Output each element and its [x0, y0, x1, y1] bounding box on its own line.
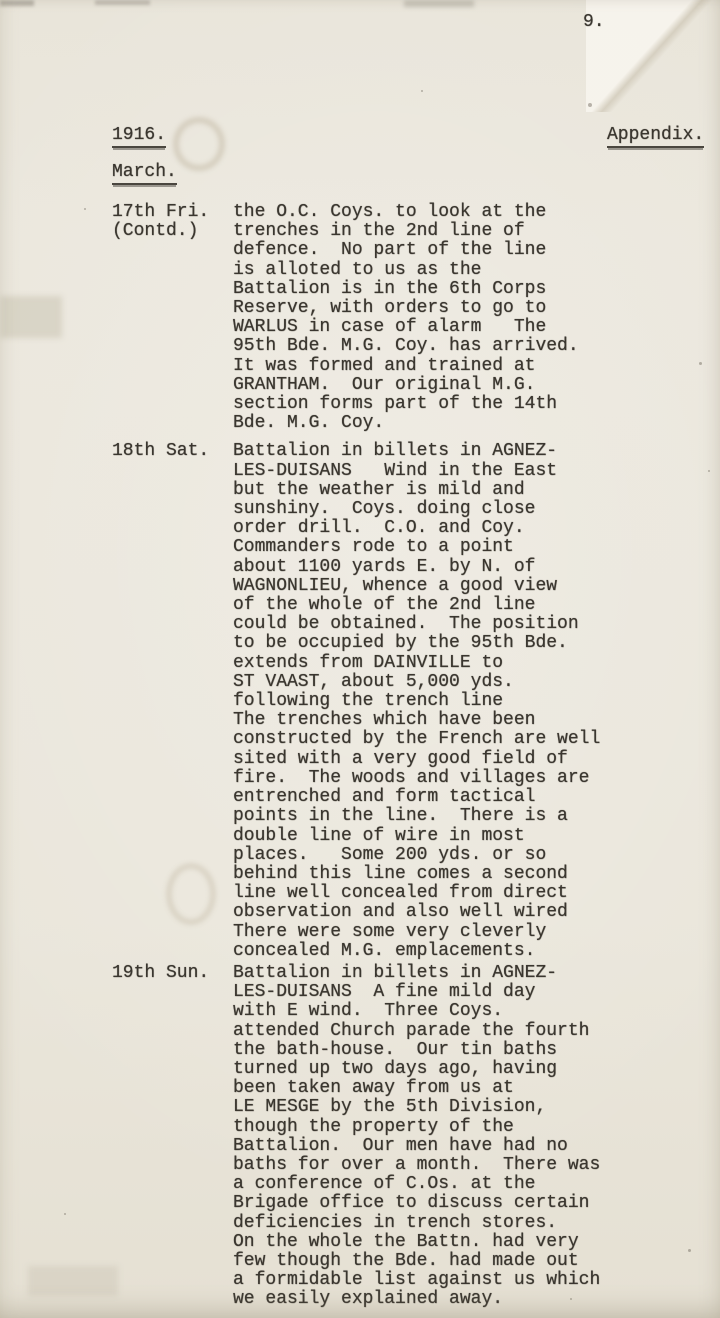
entry-date-line: 18th Sat.	[112, 442, 233, 461]
paper-speck	[688, 1249, 691, 1252]
ink-bleedthrough-mark	[173, 117, 225, 171]
entry-date: 18th Sat.	[112, 442, 233, 461]
appendix-label-text: Appendix.	[607, 126, 704, 148]
entries: 17th Fri.(Contd.) the O.C. Coys. to look…	[112, 203, 612, 1310]
diary-line: the O.C. Coys. to look at the	[233, 203, 612, 222]
entry-date: 17th Fri.(Contd.)	[112, 203, 233, 241]
diary-line: There were some very cleverly	[233, 923, 612, 942]
paper-speck	[84, 208, 86, 210]
appendix-label: Appendix.	[607, 126, 704, 148]
diary-line: few though the Bde. had made out	[233, 1252, 612, 1271]
diary-line: Reserve, with orders to go to	[233, 299, 612, 318]
diary-line: places. Some 200 yds. or so	[233, 846, 612, 865]
entry-body: Battalion in billets in AGNEZ-LES-DUISAN…	[233, 964, 612, 1310]
month-heading: March.	[112, 163, 177, 185]
page-number: 9.	[583, 13, 605, 32]
paper-smudge	[0, 0, 34, 6]
diary-line: trenches in the 2nd line of	[233, 222, 612, 241]
document-page: 9. 1916. Appendix. March. 17th Fri.(Cont…	[0, 0, 720, 1318]
diary-entry: 17th Fri.(Contd.) the O.C. Coys. to look…	[112, 203, 612, 433]
year-heading-text: 1916.	[112, 126, 166, 148]
paper-smudge	[95, 0, 150, 5]
paper-speck	[699, 362, 702, 365]
diary-line: extends from DAINVILLE to	[233, 654, 612, 673]
diary-line: is alloted to us as the	[233, 261, 612, 280]
entry-date-line: 17th Fri.	[112, 203, 233, 222]
diary-line: to be occupied by the 95th Bde.	[233, 634, 612, 653]
diary-line: Bde. M.G. Coy.	[233, 414, 612, 433]
diary-line: sited with a very good field of	[233, 750, 612, 769]
paper-speck	[421, 90, 423, 92]
diary-line: double line of wire in most	[233, 827, 612, 846]
diary-line: could be obtained. The position	[233, 615, 612, 634]
diary-line: but the weather is mild and	[233, 481, 612, 500]
diary-line: attended Church parade the fourth	[233, 1022, 612, 1041]
diary-line: baths for over a month. There was	[233, 1156, 612, 1175]
diary-line: On the whole the Battn. had very	[233, 1233, 612, 1252]
diary-line: with E wind. Three Coys.	[233, 1002, 612, 1021]
diary-line: concealed M.G. emplacements.	[233, 942, 612, 961]
diary-line: order drill. C.O. and Coy.	[233, 519, 612, 538]
diary-entry: 18th Sat. Battalion in billets in AGNEZ-…	[112, 442, 612, 960]
diary-line: ST VAAST, about 5,000 yds.	[233, 673, 612, 692]
diary-line: observation and also well wired	[233, 903, 612, 922]
diary-line: points in the line. There is a	[233, 807, 612, 826]
diary-entry: 19th Sun. Battalion in billets in AGNEZ-…	[112, 964, 612, 1310]
paper-speck	[708, 470, 710, 472]
entry-body: Battalion in billets in AGNEZ-LES-DUISAN…	[233, 442, 612, 960]
diary-line: Commanders rode to a point	[233, 538, 612, 557]
diary-line: entrenched and form tactical	[233, 788, 612, 807]
diary-line: Brigade office to discuss certain	[233, 1194, 612, 1213]
diary-line: though the property of the	[233, 1118, 612, 1137]
diary-line: GRANTHAM. Our original M.G.	[233, 376, 612, 395]
diary-line: LE MESGE by the 5th Division,	[233, 1098, 612, 1117]
entry-body: the O.C. Coys. to look at thetrenches in…	[233, 203, 612, 433]
paper-smudge	[0, 296, 62, 338]
diary-line: following the trench line	[233, 692, 612, 711]
paper-speck	[588, 103, 592, 107]
diary-line: Battalion is in the 6th Corps	[233, 280, 612, 299]
diary-line: The trenches which have been	[233, 711, 612, 730]
paper-smudge	[28, 1266, 118, 1296]
diary-line: WAGNONLIEU, whence a good view	[233, 577, 612, 596]
diary-line: been taken away from us at	[233, 1079, 612, 1098]
diary-line: line well concealed from direct	[233, 884, 612, 903]
diary-line: deficiencies in trench stores.	[233, 1214, 612, 1233]
diary-line: behind this line comes a second	[233, 865, 612, 884]
diary-line: the bath-house. Our tin baths	[233, 1041, 612, 1060]
diary-line: constructed by the French are well	[233, 730, 612, 749]
diary-line: fire. The woods and villages are	[233, 769, 612, 788]
month-heading-text: March.	[112, 163, 177, 185]
diary-line: It was formed and trained at	[233, 357, 612, 376]
paper-smudge	[404, 0, 474, 7]
diary-line: sunshiny. Coys. doing close	[233, 500, 612, 519]
diary-line: defence. No part of the line	[233, 241, 612, 260]
diary-line: a formidable list against us which	[233, 1271, 612, 1290]
paper-speck	[64, 1213, 66, 1215]
diary-line: Battalion in billets in AGNEZ-	[233, 442, 612, 461]
diary-line: section forms part of the 14th	[233, 395, 612, 414]
year-heading: 1916.	[112, 126, 166, 148]
diary-line: LES-DUISANS Wind in the East	[233, 462, 612, 481]
entry-date-line: 19th Sun.	[112, 964, 233, 983]
entry-date-line: (Contd.)	[112, 222, 233, 241]
folded-corner	[586, 0, 720, 112]
entry-date: 19th Sun.	[112, 964, 233, 983]
diary-line: we easily explained away.	[233, 1290, 612, 1309]
diary-line: 95th Bde. M.G. Coy. has arrived.	[233, 337, 612, 356]
diary-line: a conference of C.Os. at the	[233, 1175, 612, 1194]
diary-line: about 1100 yards E. by N. of	[233, 558, 612, 577]
diary-line: LES-DUISANS A fine mild day	[233, 983, 612, 1002]
diary-line: Battalion. Our men have had no	[233, 1137, 612, 1156]
diary-line: Battalion in billets in AGNEZ-	[233, 964, 612, 983]
diary-line: of the whole of the 2nd line	[233, 596, 612, 615]
diary-line: WARLUS in case of alarm The	[233, 318, 612, 337]
diary-line: turned up two days ago, having	[233, 1060, 612, 1079]
